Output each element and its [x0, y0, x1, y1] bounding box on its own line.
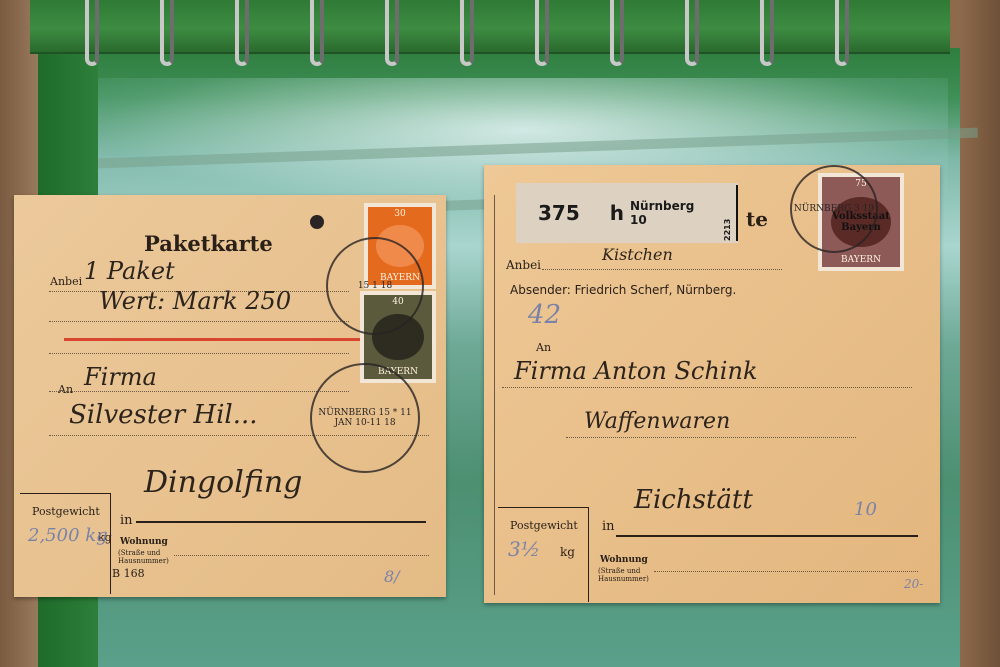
binder-ring-icon [835, 0, 849, 66]
pencil-number: 42 [528, 300, 561, 330]
binder-ring-icon [235, 0, 249, 66]
postmark-2: NÜRNBERG 15 * 11 JAN 10-11 18 [310, 363, 420, 473]
binder-ring-icon [385, 0, 399, 66]
registration-number: 375 [538, 201, 580, 225]
registration-letter: h [610, 201, 624, 225]
parcel-card-left: Paketkarte Anbei 1 Paket Wert: Mark 250 … [14, 195, 446, 597]
postgewicht-label: Postgewicht [510, 519, 578, 532]
recipient-line-2: Waffenwaren [584, 409, 730, 434]
registration-code: 2213 [723, 185, 738, 241]
binder-ring-icon [160, 0, 174, 66]
binder-ring-icon [310, 0, 324, 66]
in-label: in [602, 519, 615, 534]
an-label: An [58, 383, 73, 396]
form-line [502, 387, 912, 388]
anbei-label: Anbei [506, 258, 541, 272]
postmark-text: NÜRNBERG 15 * 11 JAN 10-11 18 [312, 408, 418, 428]
city-underline [616, 535, 918, 537]
destination-city: Eichstätt [634, 485, 753, 515]
form-line [49, 391, 349, 392]
postmark-text: 15 1 18 [358, 281, 392, 291]
an-label: An [536, 341, 551, 354]
form-line [49, 353, 349, 354]
card-margin-line [494, 195, 495, 595]
value-declaration: Wert: Mark 250 [99, 287, 291, 315]
card-title: Paketkarte [144, 231, 273, 256]
kg-label: kg [560, 545, 575, 559]
binder-ring-icon [760, 0, 774, 66]
form-line [542, 269, 782, 270]
sender-line: Absender: Friedrich Scherf, Nürnberg. [510, 283, 736, 297]
in-label: in [120, 513, 133, 528]
postmark: NÜRNBERG 3 19 [790, 165, 878, 253]
postmark-text: NÜRNBERG 3 19 [794, 204, 874, 214]
form-line [49, 321, 349, 322]
weight-pencil: 3½ [508, 537, 540, 561]
recipient-line-2: Silvester Hil... [69, 400, 258, 430]
wohnung-sub: (Straße und Hausnummer) [118, 549, 170, 565]
parcel-card-right: 375 h Nürnberg 10 2213 te Anbei Kistchen… [484, 165, 940, 603]
wohnung-label: Wohnung [600, 555, 648, 565]
recipient-line-1: Firma Anton Schink [514, 357, 757, 385]
binder-ring-icon [85, 0, 99, 66]
binder-ring-icon [610, 0, 624, 66]
pencil-note: 8/ [384, 567, 400, 586]
stamp-value: 30 [394, 209, 405, 219]
weight-pencil: 2,500 kg [28, 525, 108, 546]
destination-city: Dingolfing [144, 465, 302, 500]
binder-ring-icon [535, 0, 549, 66]
postmark-1: 15 1 18 [326, 237, 424, 335]
pencil-corner: 20- [904, 577, 923, 591]
anbei-value: Kistchen [602, 245, 673, 264]
card-title-fragment: te [746, 207, 768, 231]
photo-scene: Paketkarte Anbei 1 Paket Wert: Mark 250 … [0, 0, 1000, 667]
red-line [64, 338, 364, 341]
registration-office: Nürnberg 10 [630, 199, 715, 227]
punch-hole [310, 215, 324, 229]
anbei-value: 1 Paket [84, 257, 175, 285]
stamp-country: BAYERN [841, 255, 881, 265]
form-line [654, 571, 918, 572]
anbei-label: Anbei [50, 275, 82, 288]
wohnung-sub: (Straße und Hausnummer) [598, 567, 652, 583]
city-underline [136, 521, 426, 523]
recipient-line-1: Firma [84, 363, 157, 391]
postgewicht-label: Postgewicht [32, 505, 100, 518]
form-line [174, 555, 429, 556]
form-line [566, 437, 856, 438]
registration-label: 375 h Nürnberg 10 2213 [516, 183, 738, 243]
wohnung-label: Wohnung [120, 537, 168, 547]
pencil-city-note: 10 [854, 499, 877, 520]
form-number: B 168 [112, 567, 145, 580]
binder-ring-icon [685, 0, 699, 66]
binder-ring-icon [460, 0, 474, 66]
